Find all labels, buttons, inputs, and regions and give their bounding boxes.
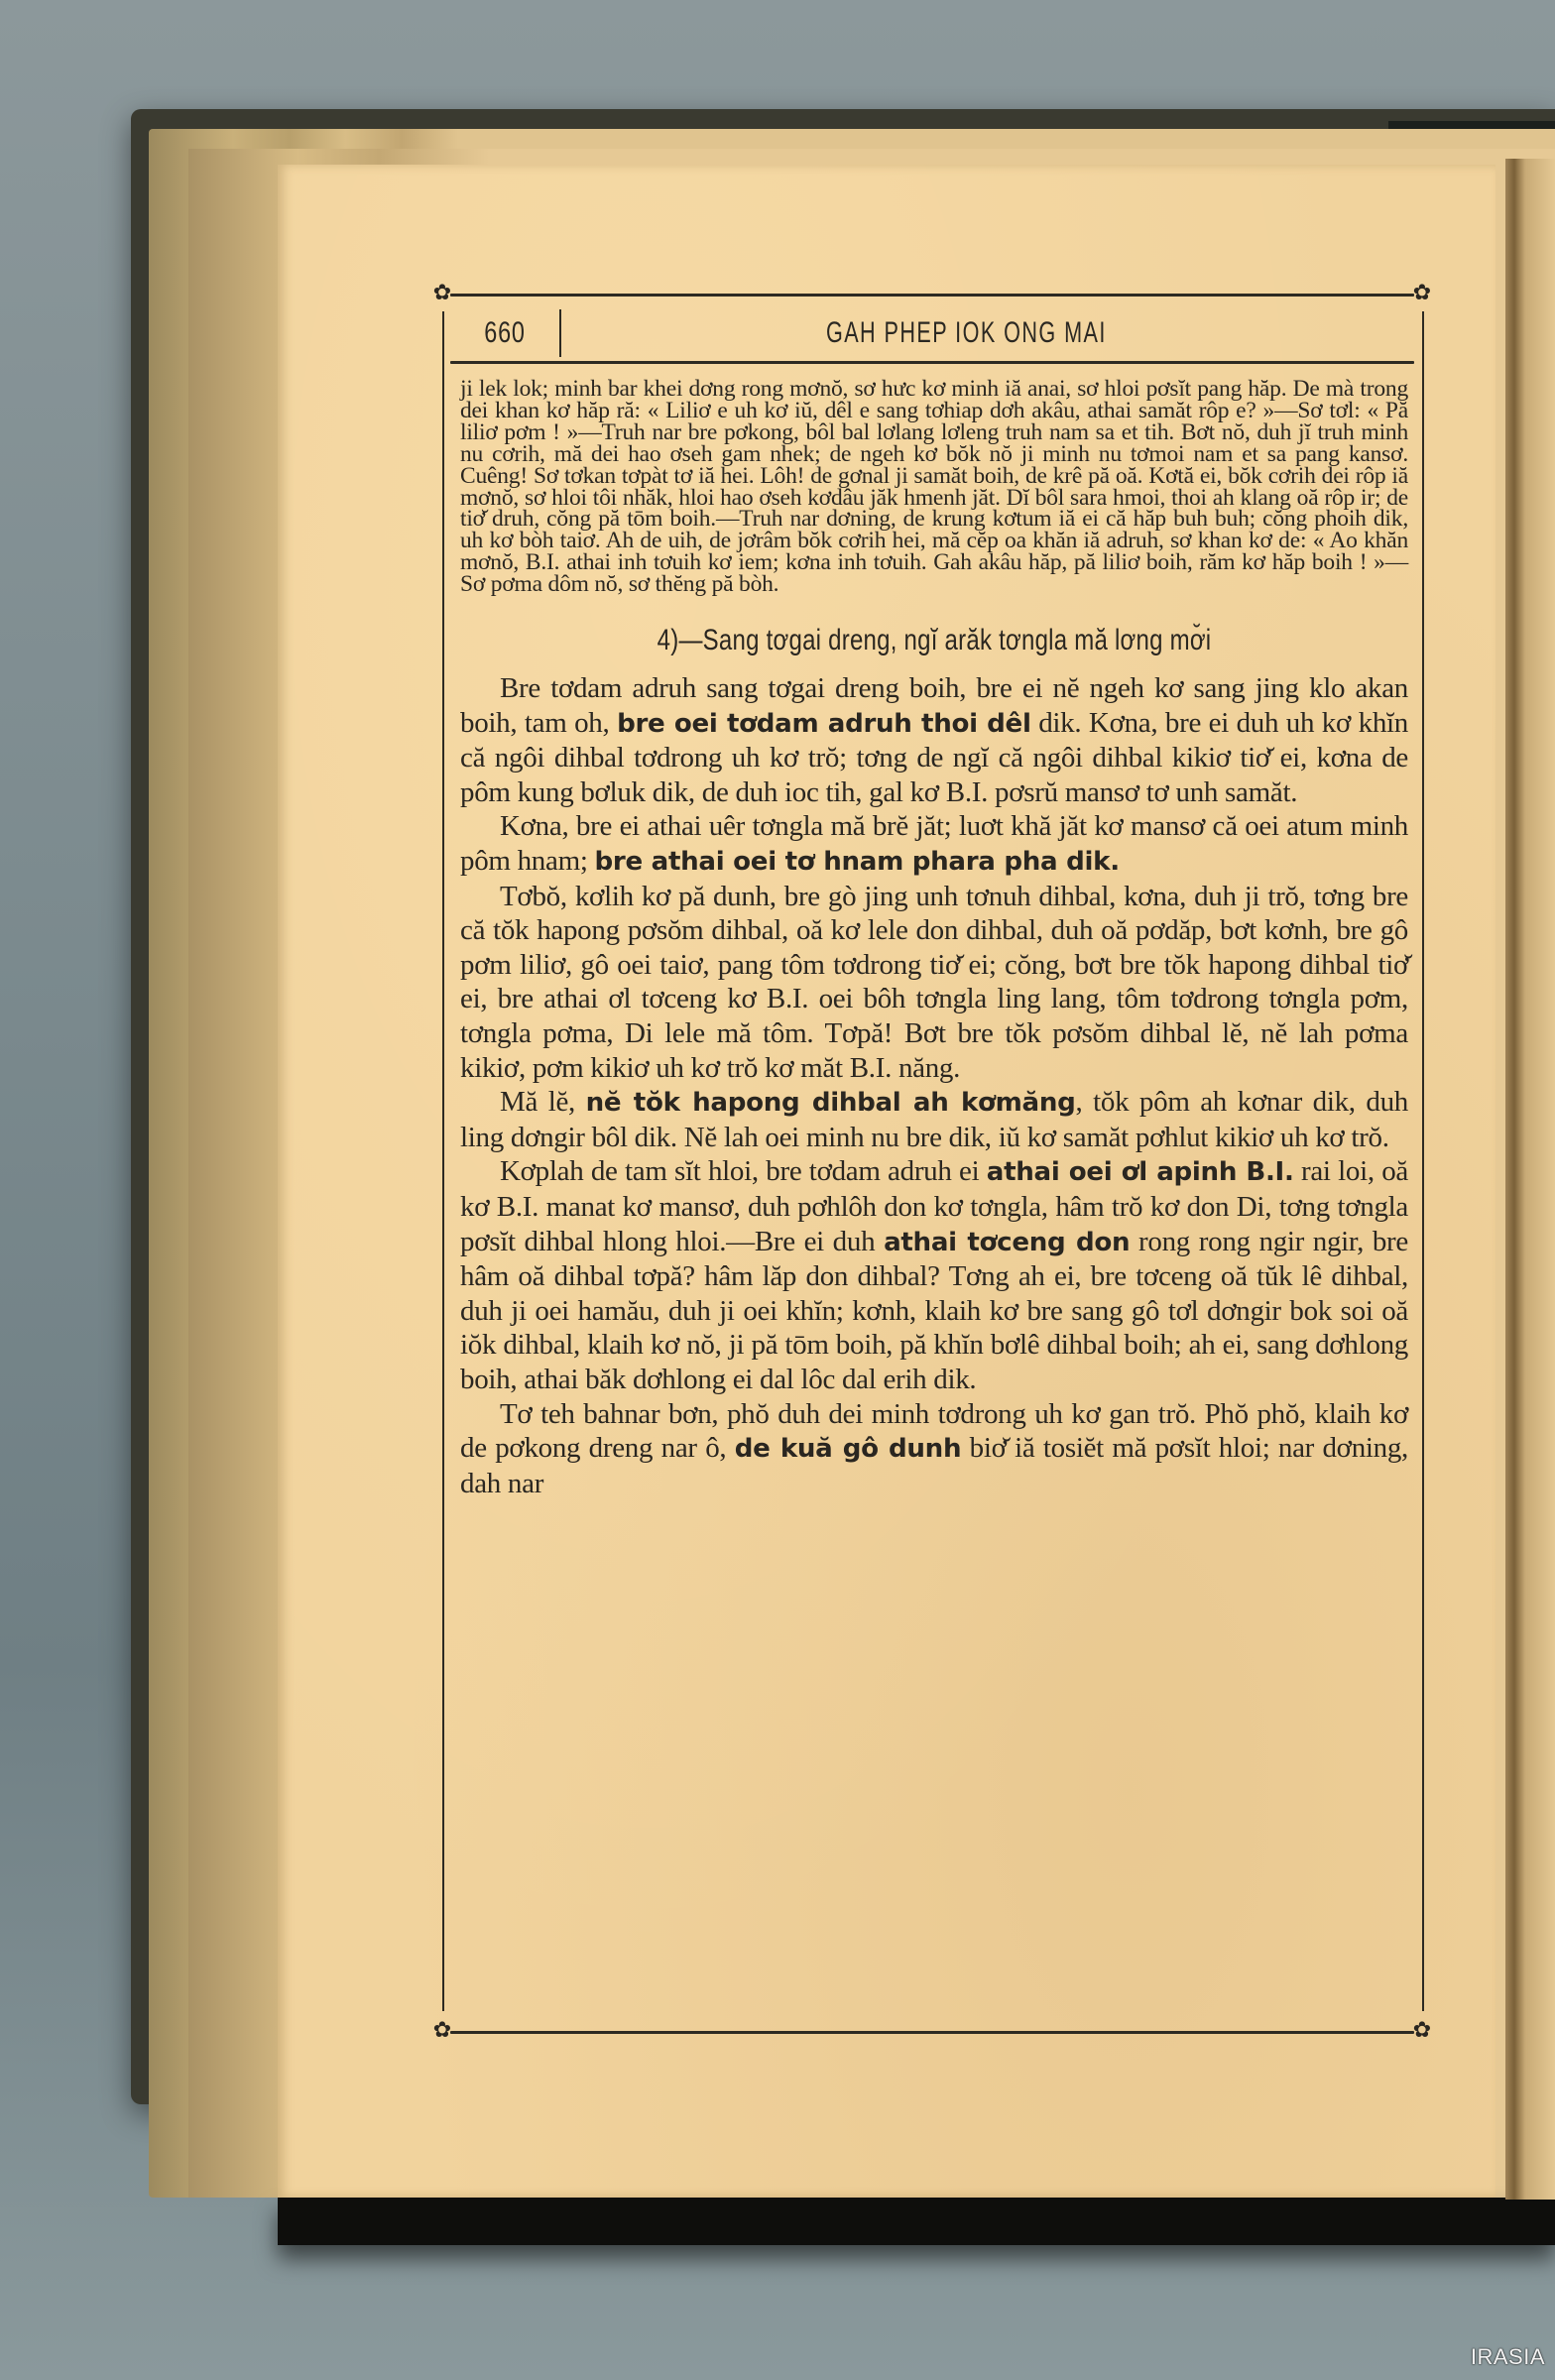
book-gutter — [1505, 159, 1555, 2200]
bottom-rule — [450, 2031, 1414, 2034]
top-rule — [450, 294, 1414, 297]
body-paragraph: Kơna, bre ei athai uêr tơngla mă brĕ jăt… — [460, 809, 1408, 879]
continuation-paragraph: ji lek lok; minh bar khei dơng rong mơnŏ… — [460, 379, 1408, 596]
text-run: Tơbŏ, kơlih kơ pă dunh, bre gò jing unh … — [460, 881, 1408, 1084]
page-content: ji lek lok; minh bar khei dơng rong mơnŏ… — [460, 379, 1408, 1500]
page-header: 660 GAH PHEP IOK ONG MAI — [450, 309, 1414, 357]
page-number: 660 — [462, 316, 547, 350]
body-paragraph: Mă lĕ, nĕ tŏk hapong dihbal ah kơmăng, t… — [460, 1085, 1408, 1154]
body-paragraph: Bre tơdam adruh sang tơgai dreng boih, b… — [460, 671, 1408, 809]
emphasized-text: de kuă gô dunh — [735, 1434, 961, 1464]
left-border-line — [442, 311, 444, 2011]
section-body: Bre tơdam adruh sang tơgai dreng boih, b… — [460, 671, 1408, 1500]
emphasized-text: nĕ tŏk hapong dihbal ah kơmăng — [586, 1088, 1076, 1118]
emphasized-text: athai tơceng don — [884, 1228, 1130, 1257]
header-divider — [559, 309, 561, 357]
text-run: Kơplah de tam sĭt hloi, bre tơdam adruh … — [500, 1155, 987, 1187]
flower-ornament-icon: ✿ — [432, 2021, 452, 2041]
body-paragraph: Tơbŏ, kơlih kơ pă dunh, bre gò jing unh … — [460, 880, 1408, 1086]
page-frame: ✿ ✿ 660 GAH PHEP IOK ONG MAI ji lek lok;… — [430, 284, 1434, 2045]
header-rule — [450, 361, 1414, 364]
section-heading: 4)—Sang tơgai dreng, ngĭ arăk tơngla mă … — [555, 624, 1314, 657]
right-border-line — [1422, 311, 1424, 2011]
emphasized-text: athai oei ơl apinh B.I. — [987, 1157, 1294, 1187]
emphasized-text: bre athai oei tơ hnam phara pha dik. — [595, 847, 1120, 877]
flower-ornament-icon: ✿ — [432, 284, 452, 303]
running-title: GAH PHEP IOK ONG MAI — [680, 316, 1294, 350]
body-paragraph: Kơplah de tam sĭt hloi, bre tơdam adruh … — [460, 1154, 1408, 1396]
flower-ornament-icon: ✿ — [1412, 2021, 1432, 2041]
body-paragraph: Tơ teh bahnar bơn, phŏ duh dei minh tơdr… — [460, 1397, 1408, 1501]
text-run: Mă lĕ, — [500, 1086, 586, 1118]
flower-ornament-icon: ✿ — [1412, 284, 1432, 303]
watermark-label: IRASIA — [1471, 2344, 1545, 2370]
emphasized-text: bre oei tơdam adruh thoi dêl — [617, 709, 1031, 739]
book-cover-bottom-edge — [278, 2198, 1555, 2245]
